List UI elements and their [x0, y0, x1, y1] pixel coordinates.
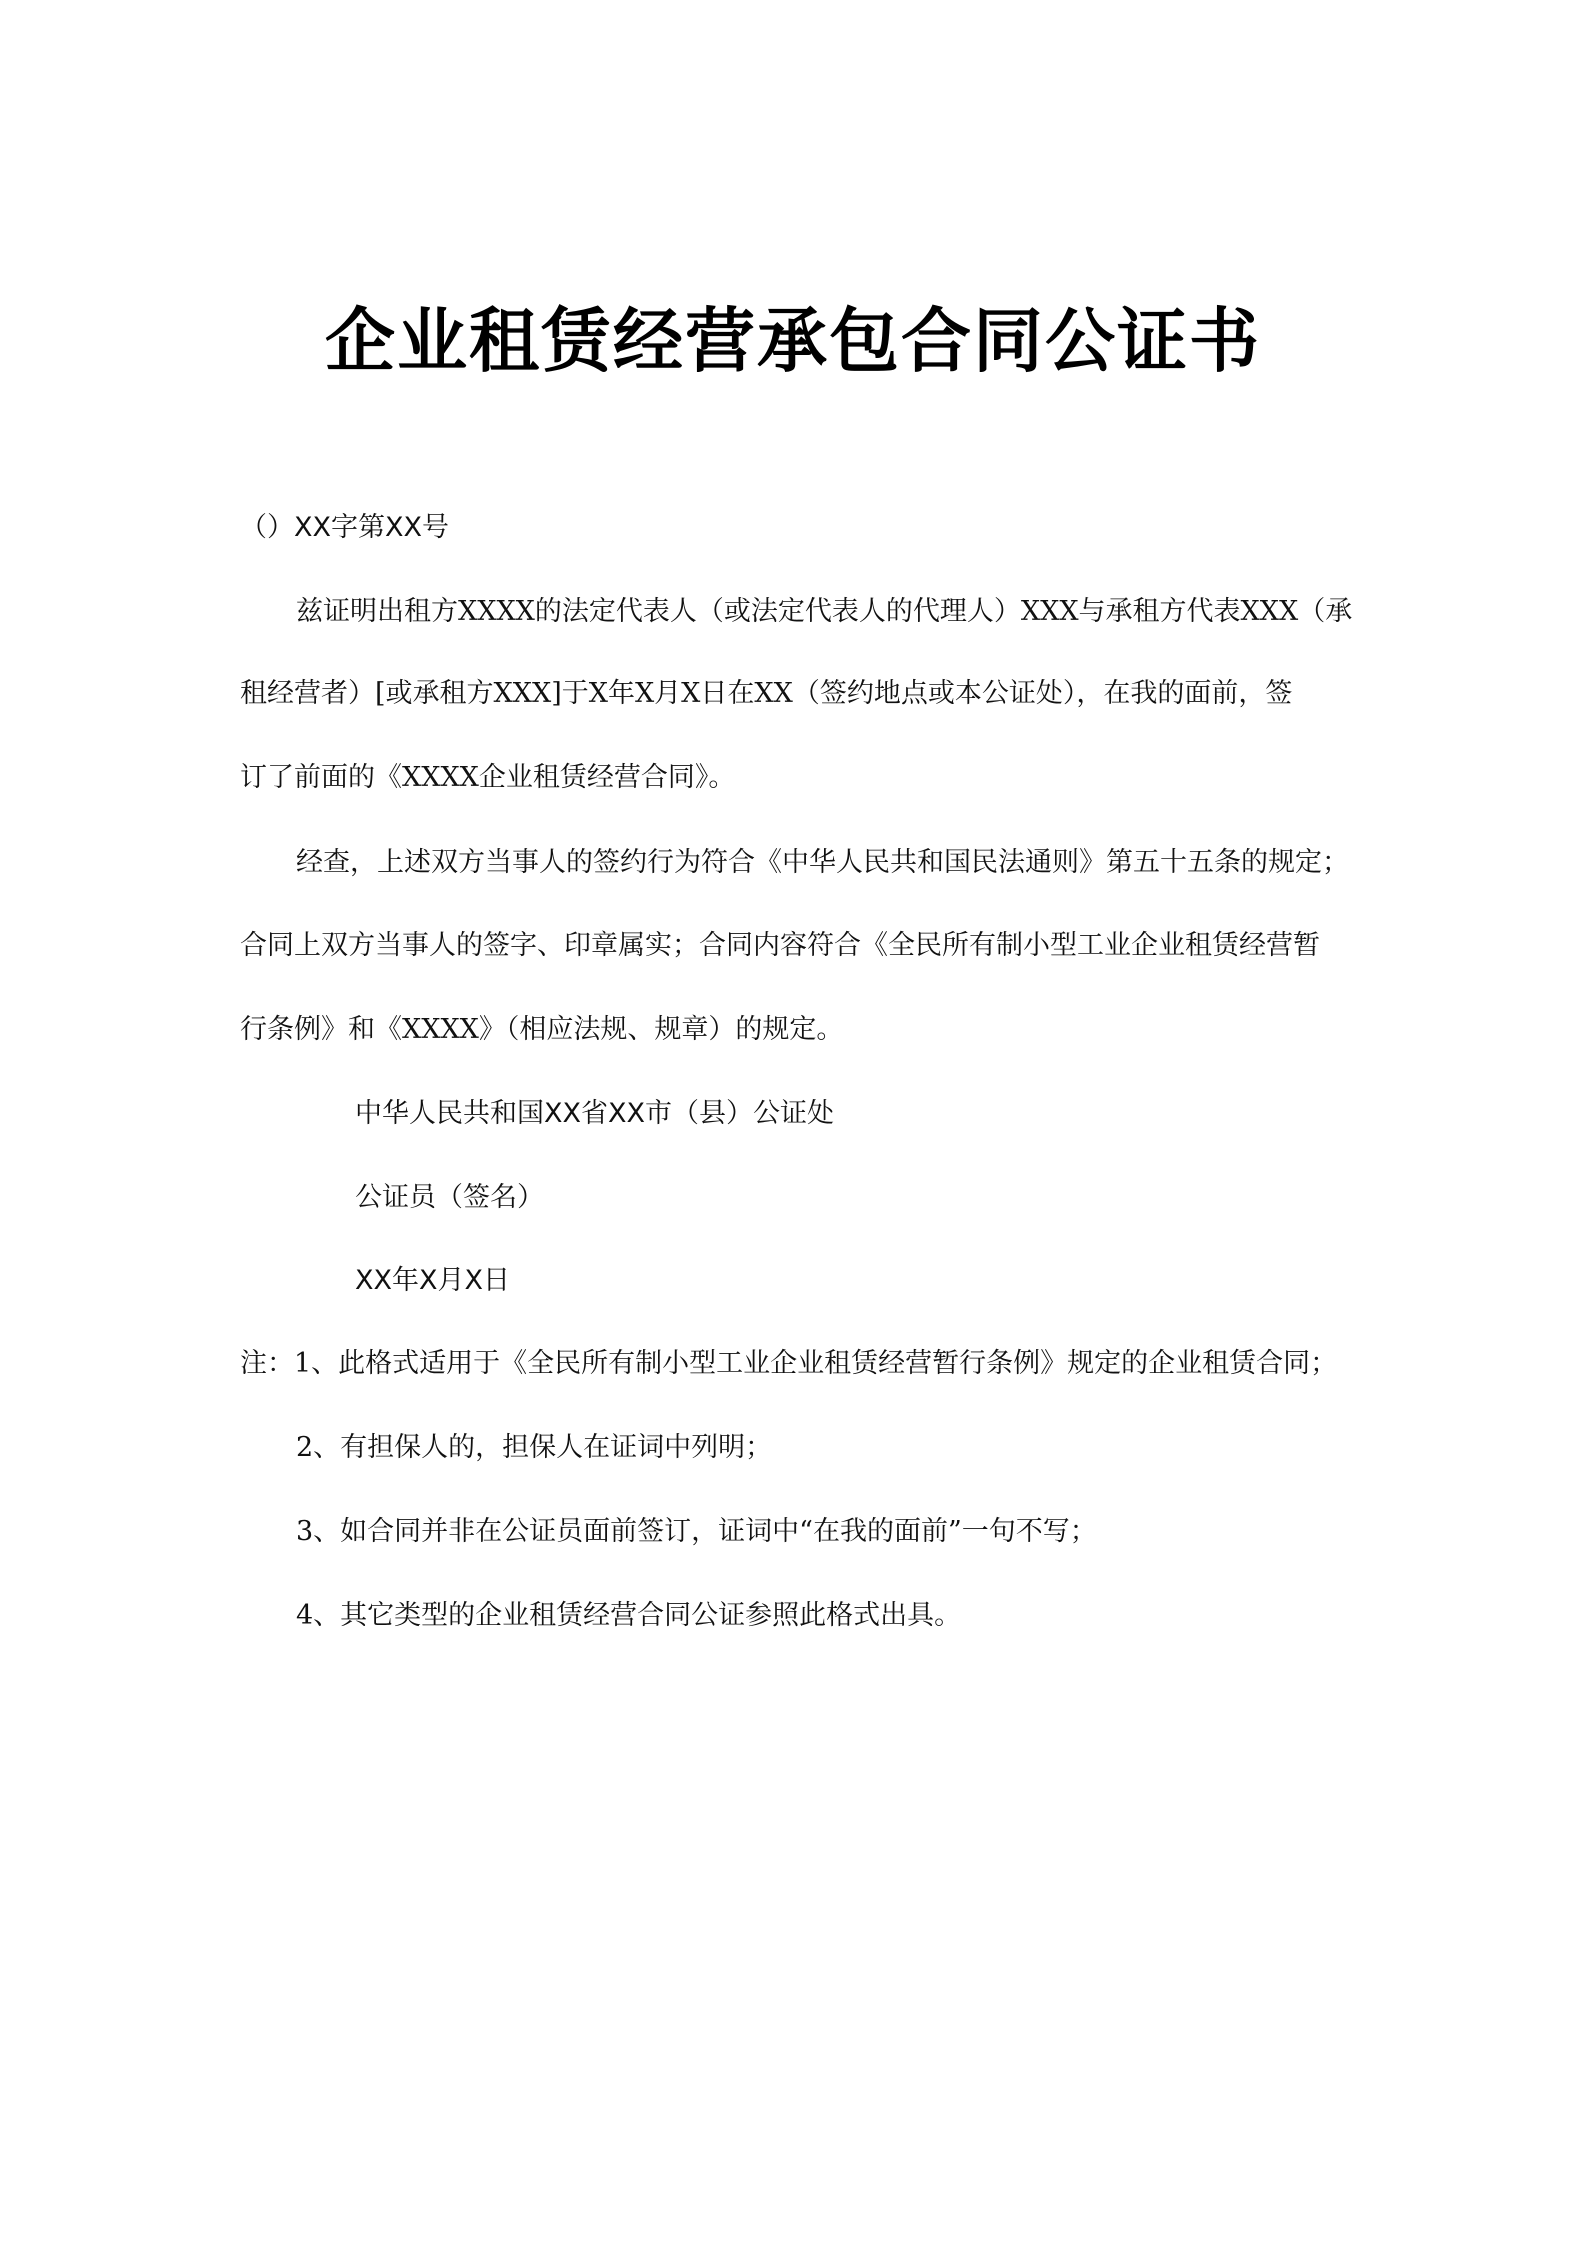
- note-item: 3、如合同并非在公证员面前签订，证词中“在我的面前”一句不写；: [296, 1514, 1097, 1550]
- paragraph-line: 租经营者）[或承租方XXX]于X年X月X日在XX（签约地点或本公证处），在我的面…: [240, 676, 1292, 712]
- note-item: 注：1、此格式适用于《全民所有制小型工业企业租赁经营暂行条例》规定的企业租赁合同…: [240, 1346, 1337, 1382]
- notary-signature: 公证员（签名）: [355, 1180, 544, 1216]
- note-item: 2、有担保人的，担保人在证词中列明；: [296, 1430, 772, 1466]
- paragraph-line: 兹证明出租方XXXX的法定代表人（或法定代表人的代理人）XXX与承租方代表XXX…: [296, 594, 1352, 630]
- notary-office: 中华人民共和国XX省XX市（县）公证处: [355, 1096, 834, 1132]
- paragraph-line: 订了前面的《XXXX企业租赁经营合同》。: [240, 760, 735, 796]
- document-number: （）XX字第XX号: [240, 510, 449, 546]
- document-title: 企业租赁经营承包合同公证书: [0, 296, 1586, 386]
- note-item: 4、其它类型的企业租赁经营合同公证参照此格式出具。: [296, 1598, 961, 1634]
- document-page: 企业租赁经营承包合同公证书 （）XX字第XX号 兹证明出租方XXXX的法定代表人…: [0, 0, 1586, 2244]
- paragraph-line: 合同上双方当事人的签字、印章属实；合同内容符合《全民所有制小型工业企业租赁经营暂: [240, 928, 1320, 964]
- paragraph-line: 行条例》和《XXXX》（相应法规、规章）的规定。: [240, 1012, 843, 1048]
- signature-date: XX年X月X日: [355, 1263, 510, 1299]
- paragraph-line: 经查，上述双方当事人的签约行为符合《中华人民共和国民法通则》第五十五条的规定；: [296, 845, 1349, 881]
